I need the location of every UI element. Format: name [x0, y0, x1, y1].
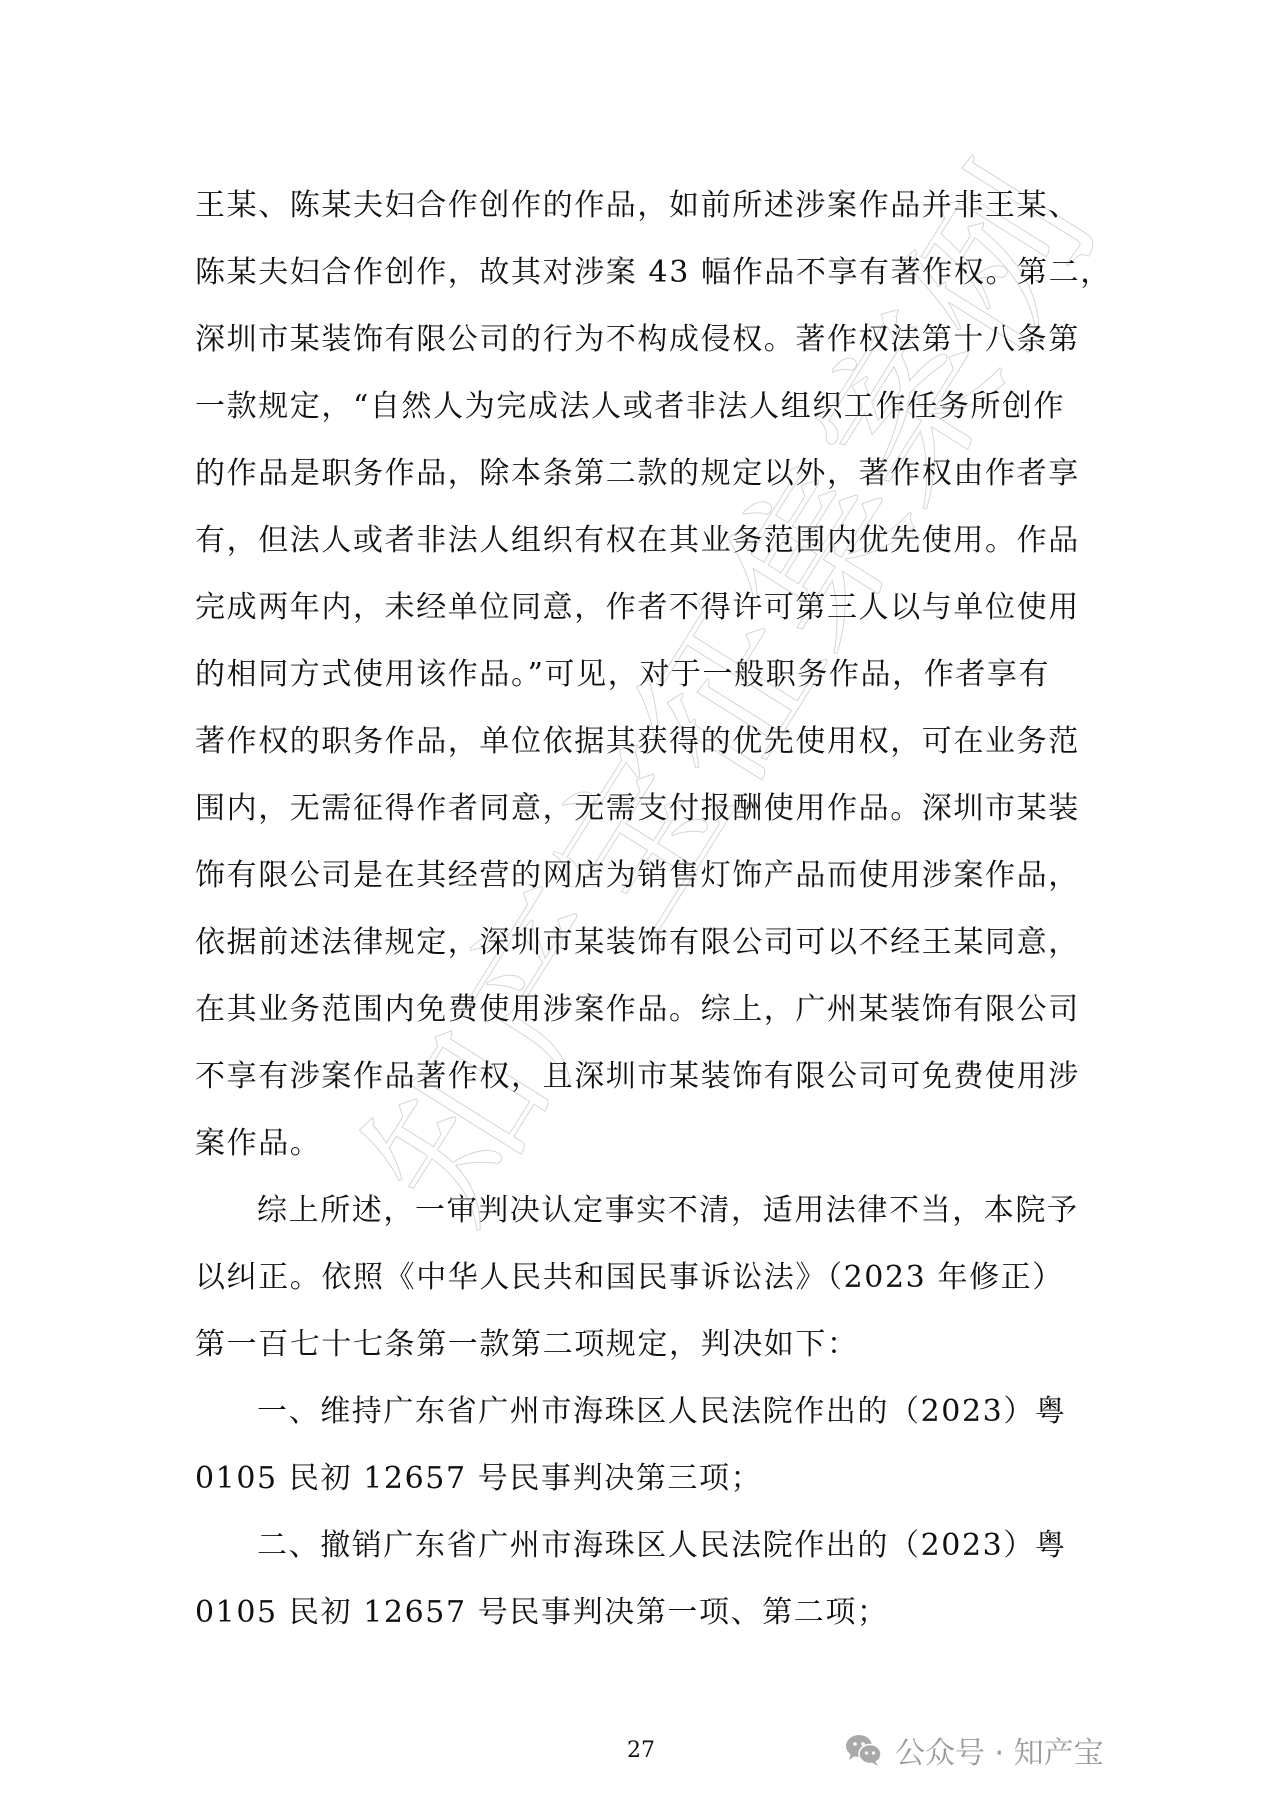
- wechat-icon: [845, 1733, 883, 1767]
- text-line: 著作权的职务作品，单位依据其获得的优先使用权，可在业务范: [195, 708, 1095, 775]
- text-line: 完成两年内，未经单位同意，作者不得许可第三人以与单位使用: [195, 574, 1095, 641]
- text-line: 0105 民初 12657 号民事判决第三项；: [195, 1445, 1095, 1512]
- text-line: 围内，无需征得作者同意，无需支付报酬使用作品。深圳市某装: [195, 775, 1095, 842]
- text-line: 饰有限公司是在其经营的网店为销售灯饰产品而使用涉案作品，: [195, 842, 1095, 909]
- text-line: 不享有涉案作品著作权，且深圳市某装饰有限公司可免费使用涉: [195, 1043, 1095, 1110]
- text-line: 陈某夫妇合作创作，故其对涉案 43 幅作品不享有著作权。第二，: [195, 239, 1095, 306]
- text-line: 的作品是职务作品，除本条第二款的规定以外，著作权由作者享: [195, 440, 1095, 507]
- text-line: 在其业务范围内免费使用涉案作品。综上，广州某装饰有限公司: [195, 976, 1095, 1043]
- text-line: 王某、陈某夫妇合作创作的作品，如前所述涉案作品并非王某、: [195, 172, 1095, 239]
- footer-brand-text: 公众号 · 知产宝: [895, 1728, 1104, 1772]
- text-line: 第一百七十七条第一款第二项规定，判决如下：: [195, 1311, 1095, 1378]
- text-line: 二、撤销广东省广州市海珠区人民法院作出的（2023）粤: [195, 1512, 1095, 1579]
- text-line: 的相同方式使用该作品。”可见，对于一般职务作品，作者享有: [195, 641, 1095, 708]
- text-line: 一、维持广东省广州市海珠区人民法院作出的（2023）粤: [195, 1378, 1095, 1445]
- text-line: 以纠正。依照《中华人民共和国民事诉讼法》（2023 年修正）: [195, 1244, 1095, 1311]
- footer-brand[interactable]: 公众号 · 知产宝: [845, 1728, 1104, 1772]
- text-line: 依据前述法律规定，深圳市某装饰有限公司可以不经王某同意，: [195, 909, 1095, 976]
- document-page: 知产宝征集案例 王某、陈某夫妇合作创作的作品，如前所述涉案作品并非王某、 陈某夫…: [0, 0, 1280, 1810]
- text-line: 综上所述，一审判决认定事实不清，适用法律不当，本院予: [195, 1177, 1095, 1244]
- document-body: 王某、陈某夫妇合作创作的作品，如前所述涉案作品并非王某、 陈某夫妇合作创作，故其…: [195, 172, 1095, 1646]
- text-line: 一款规定，“自然人为完成法人或者非法人组织工作任务所创作: [195, 373, 1095, 440]
- text-line: 0105 民初 12657 号民事判决第一项、第二项；: [195, 1579, 1095, 1646]
- text-line: 有，但法人或者非法人组织有权在其业务范围内优先使用。作品: [195, 507, 1095, 574]
- text-line: 案作品。: [195, 1110, 1095, 1177]
- page-number: 27: [627, 1738, 655, 1763]
- text-line: 深圳市某装饰有限公司的行为不构成侵权。著作权法第十八条第: [195, 306, 1095, 373]
